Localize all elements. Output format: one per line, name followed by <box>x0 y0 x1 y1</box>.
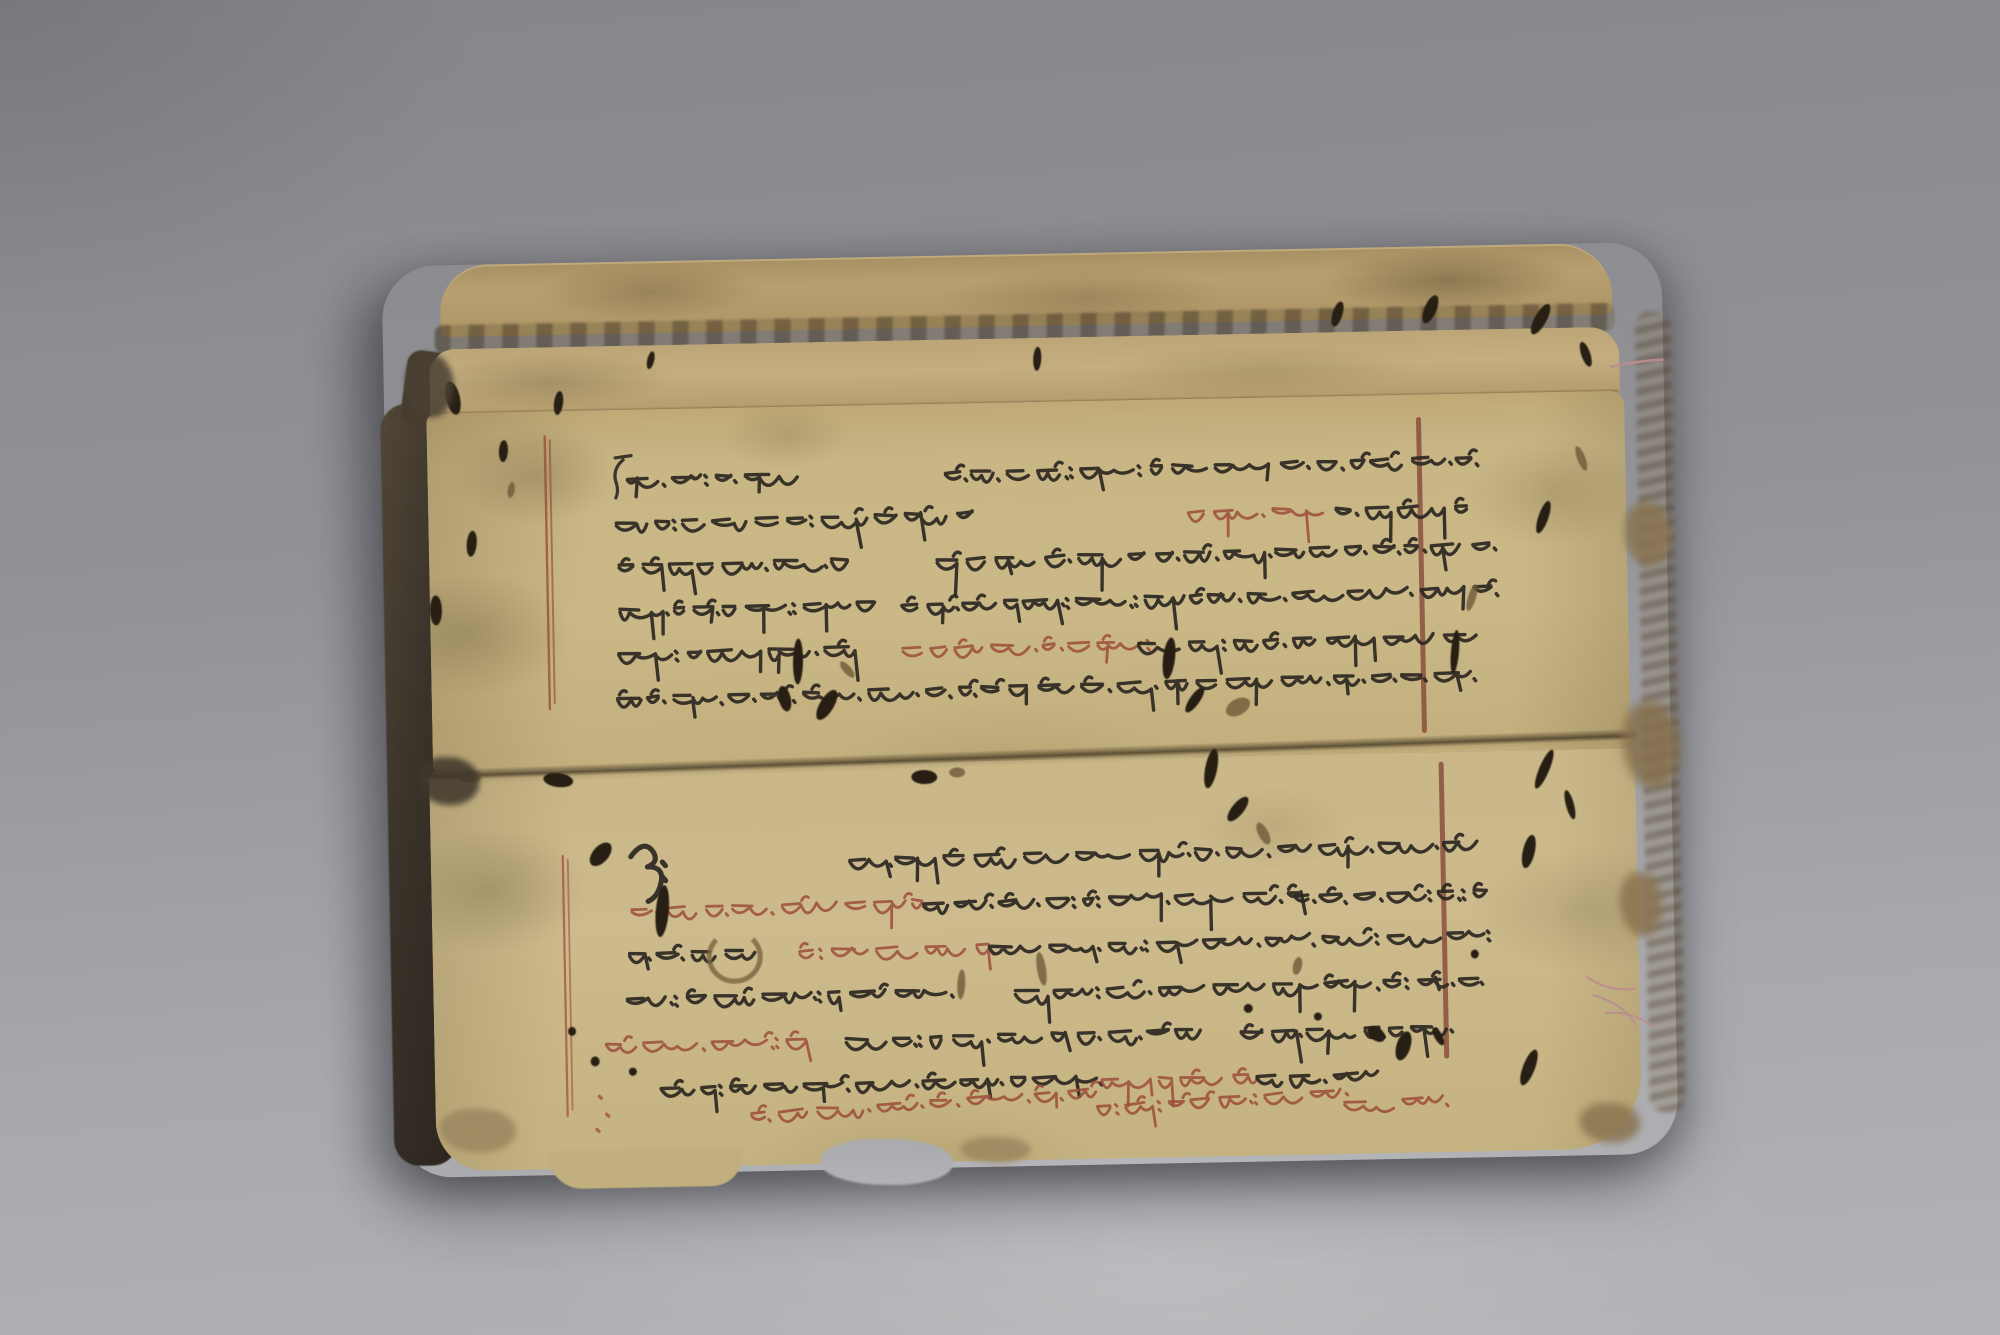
fibre-tuft <box>440 1108 517 1153</box>
manuscript-book <box>383 240 1678 1180</box>
fibre-tuft <box>960 1136 1030 1163</box>
fibre-tuft-layer <box>383 240 1678 1180</box>
fibre-tuft <box>1624 502 1671 567</box>
fibre-tuft <box>1580 1102 1641 1143</box>
fibre-tuft <box>417 757 480 806</box>
fibre-tuft <box>405 353 454 418</box>
fibre-tuft <box>1619 872 1662 937</box>
photograph-scene: { "meta": { "domain": "natural-image", "… <box>0 0 2000 1335</box>
